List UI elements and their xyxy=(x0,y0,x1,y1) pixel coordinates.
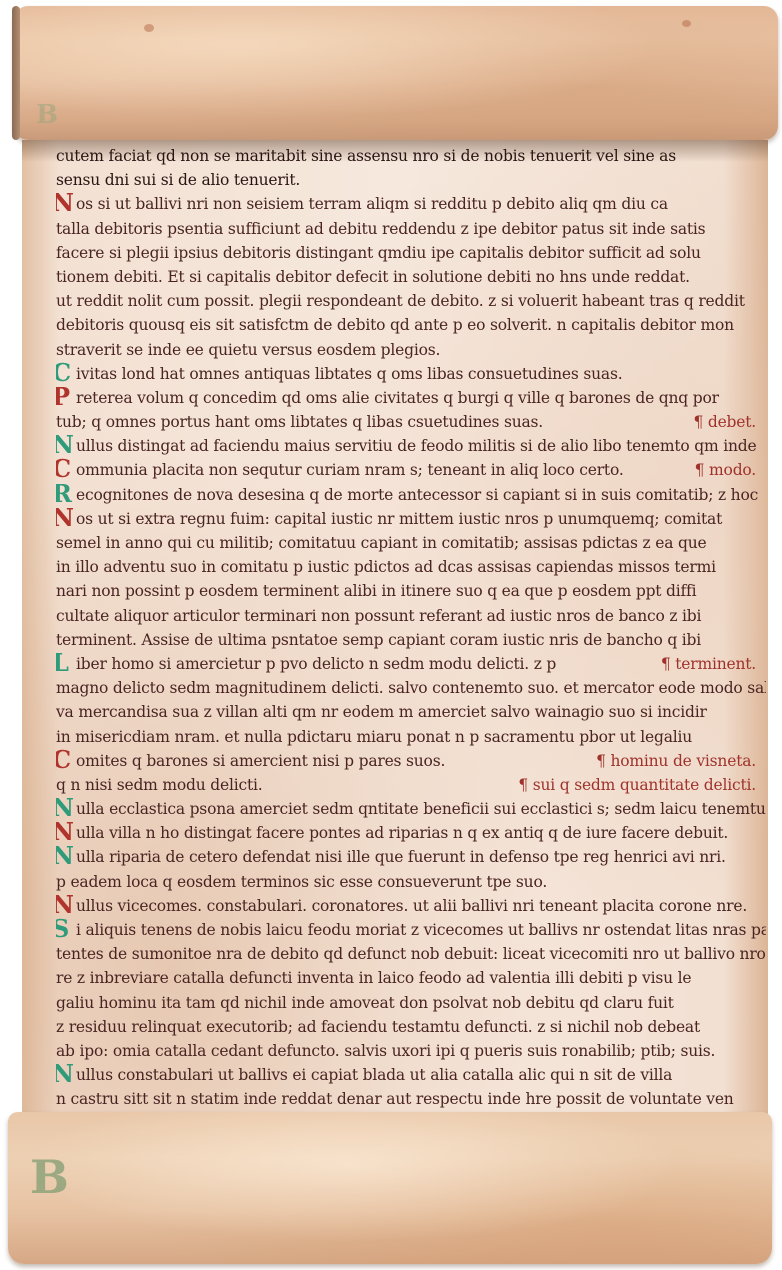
line-text: ulla ecclastica psona amerciet sedm qnti… xyxy=(76,800,766,818)
manuscript-line: ab ipo: omia catalla cedant defuncto. sa… xyxy=(56,1039,766,1063)
line-text: ommunia placita non sequtur curiam nram … xyxy=(76,461,624,479)
stain xyxy=(144,24,154,32)
manuscript-line: tentes de sumonitoe nra de debito qd def… xyxy=(56,942,766,966)
line-text: reterea volum q concedim qd oms alie civ… xyxy=(76,389,719,407)
manuscript-line: straverit se inde ee quietu versus eosde… xyxy=(56,338,766,362)
line-text: facere si plegii ipsius debitoris distin… xyxy=(56,244,701,262)
manuscript-line: Nulla villa n ho distingat facere pontes… xyxy=(56,821,766,845)
manuscript-line: cultate aliquor articulor terminari non … xyxy=(56,604,766,628)
line-text: sensu dni sui si de alio tenuerit. xyxy=(56,171,300,189)
line-text: ivitas lond hat omnes antiquas libtates … xyxy=(76,365,622,383)
marginal-note: ¶ terminent. xyxy=(661,652,756,676)
manuscript-line: debitoris quousq eis sit satisfctm de de… xyxy=(56,313,766,337)
manuscript-line: facere si plegii ipsius debitoris distin… xyxy=(56,241,766,265)
manuscript-line: p eadem loca q eosdem terminos sic esse … xyxy=(56,870,766,894)
decorated-initial: L xyxy=(56,652,74,674)
decorated-initial: R xyxy=(56,483,74,505)
marginal-note: ¶ sui q sedm quantitate delicti. xyxy=(518,773,756,797)
marginal-note: ¶ debet. xyxy=(693,410,756,434)
line-text: cultate aliquor articulor terminari non … xyxy=(56,607,701,625)
stain xyxy=(682,20,691,27)
manuscript-line: in misericdiam nram. et nulla pdictaru m… xyxy=(56,725,766,749)
manuscript-text: cutem faciat qd non se maritabit sine as… xyxy=(56,144,766,1136)
line-text: os si ut ballivi nri non seisiem terram … xyxy=(76,195,668,213)
manuscript-line: Communia placita non sequtur curiam nram… xyxy=(56,458,766,482)
bottom-roller: B xyxy=(8,1112,772,1264)
manuscript-line: terminent. Assise de ultima psntatoe sem… xyxy=(56,628,766,652)
manuscript-line: tub; q omnes portus hant oms libtates q … xyxy=(56,410,766,434)
manuscript-line: Si aliquis tenens de nobis laicu feodu m… xyxy=(56,918,766,942)
manuscript-line: magno delicto sedm magnitudinem delicti.… xyxy=(56,676,766,700)
manuscript-line: in illo adventu suo in comitatu p iustic… xyxy=(56,555,766,579)
decorated-initial: N xyxy=(56,434,74,456)
manuscript-line: z residuu relinquat executorib; ad facie… xyxy=(56,1015,766,1039)
manuscript-line: Nullus vicecomes. constabulari. coronato… xyxy=(56,894,766,918)
decorated-initial: N xyxy=(56,1063,74,1085)
line-text: terminent. Assise de ultima psntatoe sem… xyxy=(56,631,701,649)
line-text: in misericdiam nram. et nulla pdictaru m… xyxy=(56,728,692,746)
line-text: re z inbreviare catalla defuncti inventa… xyxy=(56,969,691,987)
manuscript-line: Comites q barones si amercient nisi p pa… xyxy=(56,749,766,773)
decorated-initial: N xyxy=(56,845,74,867)
decorated-initial: C xyxy=(56,458,74,480)
manuscript-line: va mercandisa sua z villan alti qm nr eo… xyxy=(56,700,766,724)
decorated-initial: C xyxy=(56,749,74,771)
manuscript-line: Nos ut si extra regnu fuim: capital iust… xyxy=(56,507,766,531)
line-text: in illo adventu suo in comitatu p iustic… xyxy=(56,558,716,576)
manuscript-line: Recognitones de nova desesina q de morte… xyxy=(56,483,766,507)
line-text: ulla riparia de cetero defendat nisi ill… xyxy=(76,848,726,866)
manuscript-line: Nos si ut ballivi nri non seisiem terram… xyxy=(56,192,766,216)
roller-letter-mark: B xyxy=(30,1150,69,1204)
decorated-initial: N xyxy=(56,894,74,916)
manuscript-line: sensu dni sui si de alio tenuerit. xyxy=(56,168,766,192)
line-text: ab ipo: omia catalla cedant defuncto. sa… xyxy=(56,1042,715,1060)
line-text: tentes de sumonitoe nra de debito qd def… xyxy=(56,945,766,963)
line-text: ullus vicecomes. constabulari. coronator… xyxy=(76,897,747,915)
manuscript-line: Nulla riparia de cetero defendat nisi il… xyxy=(56,845,766,869)
line-text: p eadem loca q eosdem terminos sic esse … xyxy=(56,873,547,891)
line-text: n castru sitt sit n statim inde reddat d… xyxy=(56,1090,734,1108)
line-text: os ut si extra regnu fuim: capital iusti… xyxy=(76,510,722,528)
manuscript-line: Nulla ecclastica psona amerciet sedm qnt… xyxy=(56,797,766,821)
marginal-note: ¶ hominu de visneta. xyxy=(596,749,756,773)
line-text: ecognitones de nova desesina q de morte … xyxy=(76,486,758,504)
line-text: debitoris quousq eis sit satisfctm de de… xyxy=(56,316,734,334)
line-text: i aliquis tenens de nobis laicu feodu mo… xyxy=(76,921,766,939)
line-text: talla debitoris psentia sufficiunt ad de… xyxy=(56,220,705,238)
top-roller: B xyxy=(14,6,778,140)
line-text: nari non possint p eosdem terminent alib… xyxy=(56,582,696,600)
line-text: semel in anno qui cu militib; comitatuu … xyxy=(56,534,706,552)
line-text: z residuu relinquat executorib; ad facie… xyxy=(56,1018,700,1036)
line-text: straverit se inde ee quietu versus eosde… xyxy=(56,341,440,359)
line-text: ulla villa n ho distingat facere pontes … xyxy=(76,824,728,842)
roller-letter-mark: B xyxy=(36,100,58,130)
manuscript-line: re z inbreviare catalla defuncti inventa… xyxy=(56,966,766,990)
manuscript-line: n castru sitt sit n statim inde reddat d… xyxy=(56,1087,766,1111)
manuscript-line: Nullus constabulari ut ballivs ei capiat… xyxy=(56,1063,766,1087)
manuscript-line: Civitas lond hat omnes antiquas libtates… xyxy=(56,362,766,386)
manuscript-line: nari non possint p eosdem terminent alib… xyxy=(56,579,766,603)
decorated-initial: C xyxy=(56,362,74,384)
decorated-initial: S xyxy=(56,918,74,940)
manuscript-line: talla debitoris psentia sufficiunt ad de… xyxy=(56,217,766,241)
decorated-initial: N xyxy=(56,192,74,214)
line-text: ullus constabulari ut ballivs ei capiat … xyxy=(76,1066,672,1084)
decorated-initial: P xyxy=(56,386,74,408)
manuscript-line: tionem debiti. Et si capitalis debitor d… xyxy=(56,265,766,289)
parchment-sheet: cutem faciat qd non se maritabit sine as… xyxy=(22,140,768,1116)
manuscript-line: q n nisi sedm modu delicti.¶ sui q sedm … xyxy=(56,773,766,797)
line-text: va mercandisa sua z villan alti qm nr eo… xyxy=(56,703,707,721)
manuscript-line: cutem faciat qd non se maritabit sine as… xyxy=(56,144,766,168)
manuscript-line: Liber homo si amercietur p pvo delicto n… xyxy=(56,652,766,676)
line-text: q n nisi sedm modu delicti. xyxy=(56,776,262,794)
manuscript-line: Nullus distingat ad faciendu maius servi… xyxy=(56,434,766,458)
roller-edge xyxy=(12,6,20,140)
line-text: ullus distingat ad faciendu maius servit… xyxy=(76,437,756,455)
manuscript-line: Preterea volum q concedim qd oms alie ci… xyxy=(56,386,766,410)
line-text: iber homo si amercietur p pvo delicto n … xyxy=(76,655,556,673)
line-text: tionem debiti. Et si capitalis debitor d… xyxy=(56,268,690,286)
line-text: ut reddit nolit cum possit. plegii respo… xyxy=(56,292,745,310)
decorated-initial: N xyxy=(56,821,74,843)
line-text: galiu hominu ita tam qd nichil inde amov… xyxy=(56,994,674,1012)
manuscript-line: galiu hominu ita tam qd nichil inde amov… xyxy=(56,991,766,1015)
manuscript-line: ut reddit nolit cum possit. plegii respo… xyxy=(56,289,766,313)
line-text: cutem faciat qd non se maritabit sine as… xyxy=(56,147,676,165)
manuscript-line: semel in anno qui cu militib; comitatuu … xyxy=(56,531,766,555)
decorated-initial: N xyxy=(56,797,74,819)
line-text: tub; q omnes portus hant oms libtates q … xyxy=(56,413,543,431)
line-text: magno delicto sedm magnitudinem delicti.… xyxy=(56,679,766,697)
line-text: omites q barones si amercient nisi p par… xyxy=(76,752,445,770)
marginal-note: ¶ modo. xyxy=(695,458,756,482)
decorated-initial: N xyxy=(56,507,74,529)
